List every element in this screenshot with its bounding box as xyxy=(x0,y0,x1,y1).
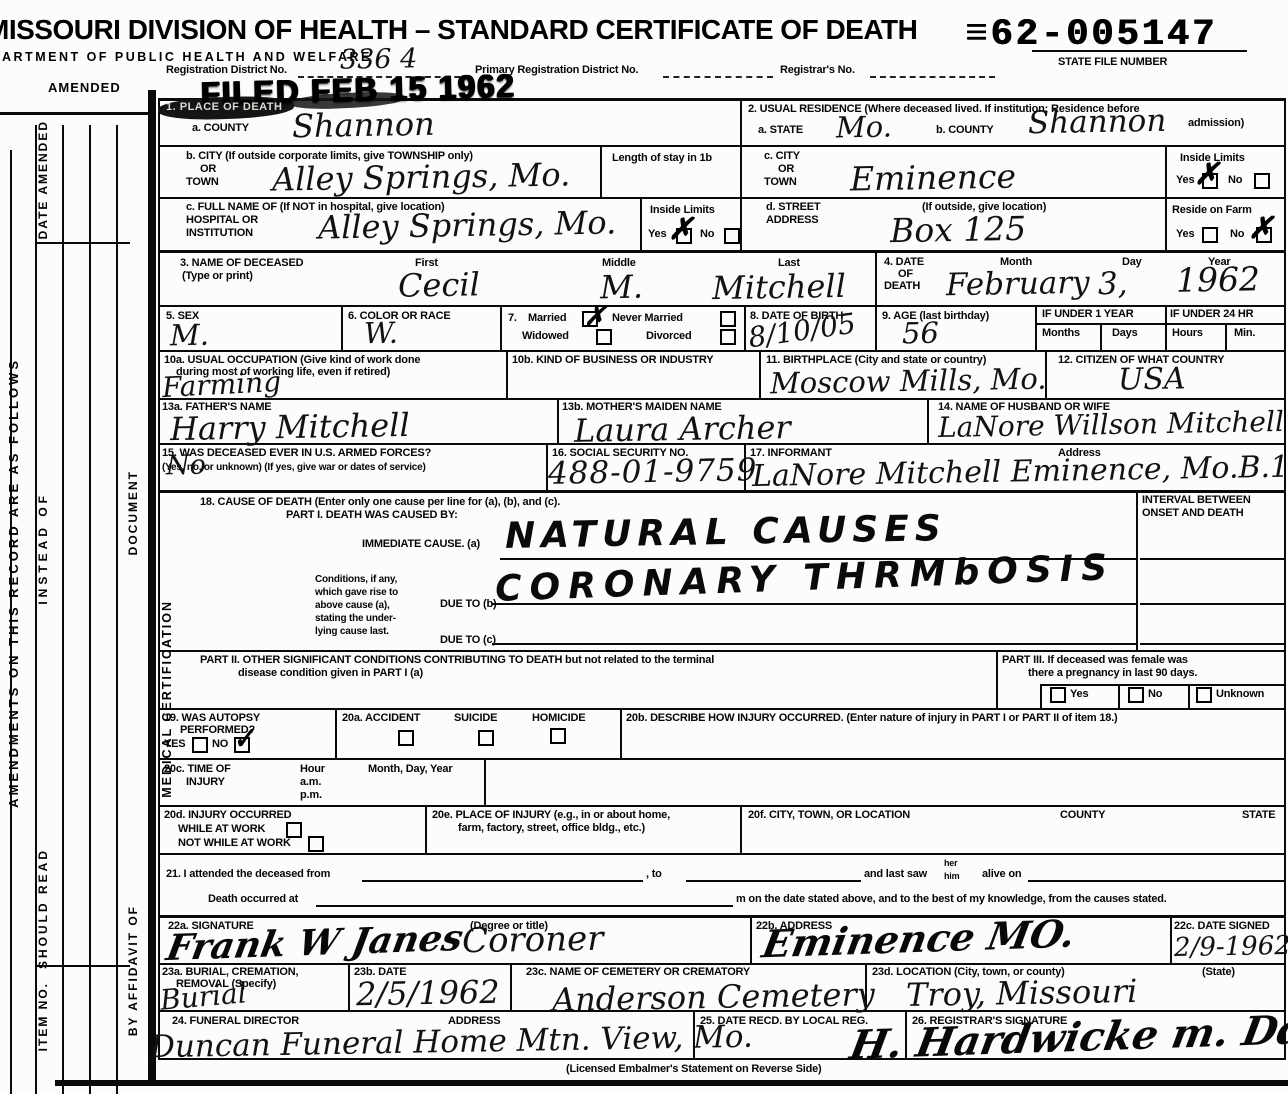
hospital-label-2: HOSPITAL OR xyxy=(186,214,258,227)
part3-label-1: PART III. If deceased was female was xyxy=(1002,654,1188,667)
attended-text-3: and last saw xyxy=(864,868,927,881)
inside-limits-no-checkbox xyxy=(724,228,740,244)
city-town-label: TOWN xyxy=(186,176,219,189)
never-married-checkbox xyxy=(720,311,736,327)
grid-line xyxy=(740,98,742,250)
death-certificate: MISSOURI DIVISION OF HEALTH – STANDARD C… xyxy=(0,0,1288,1094)
residence-county-value: Shannon xyxy=(1028,103,1167,141)
date-amended-label: DATE AMENDED xyxy=(36,120,50,239)
grid-line xyxy=(1140,558,1284,560)
residence-city-label: c. CITY xyxy=(764,150,800,163)
residence-town-label: TOWN xyxy=(764,176,797,189)
grid-line xyxy=(1100,323,1102,350)
grid-line xyxy=(1035,305,1037,350)
pregnancy-unknown-label: Unknown xyxy=(1216,688,1264,701)
grid-line xyxy=(1028,880,1284,882)
grid-line xyxy=(1118,684,1120,708)
signature-title-value: Coroner xyxy=(462,919,604,961)
immediate-cause-value: NATURAL CAUSES xyxy=(505,508,947,557)
residence-county-label: b. COUNTY xyxy=(936,124,993,137)
grid-line xyxy=(1040,684,1286,686)
hospital-label-3: INSTITUTION xyxy=(186,227,253,240)
if-under-1-year-label: IF UNDER 1 YEAR xyxy=(1042,308,1134,321)
grid-line xyxy=(1140,603,1284,605)
immediate-cause-label: IMMEDIATE CAUSE. (a) xyxy=(362,538,480,551)
pregnancy-no-checkbox xyxy=(1128,687,1144,703)
attended-text-2: , to xyxy=(646,868,662,881)
injury-occurred-label: 20d. INJURY OCCURRED xyxy=(164,809,291,822)
grid-line xyxy=(158,650,1286,652)
informant-value: LaNore Mitchell Eminence, Mo.B.125 xyxy=(752,449,1288,494)
due-to-c-label: DUE TO (c) xyxy=(440,634,496,647)
hour-label: Hour xyxy=(300,763,325,776)
conditions-line-3: above cause (a), xyxy=(315,600,390,612)
grid-line xyxy=(875,250,877,350)
grid-line xyxy=(500,305,502,350)
county-value: Shannon xyxy=(292,105,435,145)
street-label-2: ADDRESS xyxy=(766,214,818,227)
signer-address-value: Eminence MO. xyxy=(759,911,1079,967)
autopsy-no-label: NO xyxy=(212,738,228,751)
res-inside-yes-mark: ✗ xyxy=(1194,157,1219,192)
min-header: Min. xyxy=(1234,327,1255,340)
conditions-line-4: stating the under- xyxy=(315,613,396,625)
am-label: a.m. xyxy=(300,776,321,789)
widowed-label: Widowed xyxy=(522,330,569,343)
street-label-1: d. STREET xyxy=(766,201,820,214)
cemetery-value: Anderson Cemetery xyxy=(552,975,875,1019)
dashed-line xyxy=(663,74,773,78)
grid-line xyxy=(158,915,1286,918)
county-label: a. COUNTY xyxy=(192,122,249,135)
grid-line xyxy=(158,250,1286,253)
state-file-number-label: STATE FILE NUMBER xyxy=(1058,56,1167,69)
grid-line xyxy=(1188,684,1190,708)
while-at-work-checkbox xyxy=(286,822,302,838)
mothers-maiden-value: Laura Archer xyxy=(574,408,791,450)
grid-line xyxy=(158,398,1286,400)
inside-limits-yes-label: Yes xyxy=(648,228,666,241)
burial-state-label: (State) xyxy=(1202,966,1235,979)
pregnancy-no-label: No xyxy=(1148,688,1162,701)
interval-label-1: INTERVAL BETWEEN xyxy=(1142,494,1251,507)
while-at-work-label: WHILE AT WORK xyxy=(178,823,265,836)
conditions-line-2: which gave rise to xyxy=(315,587,398,599)
sex-value: M. xyxy=(170,318,210,353)
death-occurred-label: Death occurred at xyxy=(208,893,298,906)
autopsy-yes-label: YES xyxy=(164,738,185,751)
place-of-injury-label-1: 20e. PLACE OF INJURY (e.g., in or about … xyxy=(432,809,670,822)
grid-line xyxy=(89,125,91,1094)
describe-injury-label: 20b. DESCRIBE HOW INJURY OCCURRED. (Ente… xyxy=(626,712,1118,725)
grid-line xyxy=(425,805,427,853)
grid-line xyxy=(158,708,1286,710)
conditions-line-1: Conditions, if any, xyxy=(315,574,397,586)
grid-line xyxy=(492,643,1136,645)
burial-location-value: Troy, Missouri xyxy=(906,972,1138,1014)
grid-line xyxy=(316,905,733,907)
armed-forces-value: No xyxy=(166,450,206,482)
grid-line xyxy=(158,805,1286,807)
page-title: MISSOURI DIVISION OF HEALTH – STANDARD C… xyxy=(0,14,917,46)
street-value: Box 125 xyxy=(890,209,1027,250)
age-value: 56 xyxy=(902,316,939,351)
grid-line xyxy=(158,490,1286,493)
grid-line xyxy=(1170,915,1172,963)
amended-label: AMENDED xyxy=(48,80,121,96)
grid-line xyxy=(158,98,160,1058)
death-day-value: 3, xyxy=(1098,266,1128,303)
alive-on-label: alive on xyxy=(982,868,1021,881)
grid-line xyxy=(640,197,642,250)
months-header: Months xyxy=(1042,327,1080,340)
part1-label: PART I. DEATH WAS CAUSED BY: xyxy=(286,509,458,522)
first-name-value: Cecil xyxy=(398,265,480,304)
injury-county-header: COUNTY xyxy=(1060,809,1105,822)
married-label: Married xyxy=(528,312,566,325)
conditions-line-5: lying cause last. xyxy=(315,626,389,638)
grid-line xyxy=(348,963,350,1010)
time-of-injury-label-2: INJURY xyxy=(186,776,225,789)
grid-line xyxy=(620,708,622,758)
married-mark: ✗ xyxy=(584,302,606,332)
due-to-b-label: DUE TO (b) xyxy=(440,598,496,611)
citizen-value: USA xyxy=(1118,361,1186,397)
res-inside-yes-label: Yes xyxy=(1176,174,1194,187)
grid-line xyxy=(484,758,486,805)
fathers-name-value: Harry Mitchell xyxy=(170,406,410,448)
embalmer-note: (Licensed Embalmer's Statement on Revers… xyxy=(566,1063,821,1076)
grid-line xyxy=(557,398,559,443)
residence-city-value: Eminence xyxy=(850,157,1017,199)
pregnancy-yes-checkbox xyxy=(1050,687,1066,703)
grid-line xyxy=(1165,305,1167,350)
death-month-value: February xyxy=(946,265,1090,304)
should-read-label: SHOULD READ xyxy=(36,848,50,969)
farm-no-label: No xyxy=(1230,228,1244,241)
not-while-at-work-checkbox xyxy=(308,836,324,852)
autopsy-yes-checkbox xyxy=(192,737,208,753)
grid-line xyxy=(506,350,508,398)
divorced-checkbox xyxy=(720,329,736,345)
res-inside-no-label: No xyxy=(1228,174,1242,187)
suicide-checkbox xyxy=(478,730,494,746)
grid-line xyxy=(341,305,343,350)
death-year-value: 1962 xyxy=(1176,259,1261,299)
occupation-value: Farming xyxy=(161,365,282,404)
residence-state-value: Mo. xyxy=(836,110,892,145)
type-or-print-label: (Type or print) xyxy=(182,270,253,283)
farm-no-mark: ✗ xyxy=(1248,211,1273,246)
causes-stated-label: m on the date stated above, and to the b… xyxy=(736,893,1167,906)
grid-line xyxy=(158,145,1286,147)
grid-line xyxy=(750,915,752,963)
grid-line xyxy=(759,350,761,398)
instead-of-label: INSTEAD OF xyxy=(36,492,50,605)
name-of-deceased-label: 3. NAME OF DECEASED xyxy=(180,257,303,270)
pregnancy-unknown-checkbox xyxy=(1196,687,1212,703)
hours-header: Hours xyxy=(1172,327,1203,340)
never-married-label: Never Married xyxy=(612,312,683,325)
grid-line xyxy=(55,1080,1288,1086)
grid-line xyxy=(116,125,118,1094)
inside-limits-no-label: No xyxy=(700,228,714,241)
grid-line xyxy=(1165,145,1167,250)
grid-line xyxy=(158,350,1286,352)
hospital-value: Alley Springs, Mo. xyxy=(318,203,617,246)
grid-line xyxy=(740,805,742,853)
by-affidavit-label: BY AFFIDAVIT OF xyxy=(126,905,140,1036)
color-race-value: W. xyxy=(364,316,399,351)
him-label: him xyxy=(944,871,959,882)
usual-residence-title-2: admission) xyxy=(1188,117,1244,130)
city-value: Alley Springs, Mo. xyxy=(272,155,571,198)
husband-wife-value: LaNore Willson Mitchell xyxy=(938,405,1284,444)
item-no-label: ITEM NO. xyxy=(36,982,50,1051)
accident-checkbox xyxy=(398,730,414,746)
pm-label: p.m. xyxy=(300,789,322,802)
last-name-value: Mitchell xyxy=(712,267,846,307)
due-to-b-value: CORONARY THRMbOSIS xyxy=(494,547,1115,610)
grid-line xyxy=(927,398,929,443)
grid-line xyxy=(996,650,998,708)
place-of-injury-label-2: farm, factory, street, office bldg., etc… xyxy=(458,822,645,835)
dashed-line xyxy=(870,74,995,78)
month-day-year-label: Month, Day, Year xyxy=(368,763,452,776)
grid-line xyxy=(510,963,512,1010)
burial-date-value: 2/5/1962 xyxy=(356,973,500,1014)
cause-of-death-label: 18. CAUSE OF DEATH (Enter only one cause… xyxy=(200,496,560,509)
residence-state-label: a. STATE xyxy=(758,124,803,137)
grid-line xyxy=(1140,643,1284,645)
grid-line xyxy=(158,758,1286,760)
grid-line xyxy=(335,708,337,758)
res-inside-no-checkbox xyxy=(1254,173,1270,189)
farm-yes-label: Yes xyxy=(1176,228,1194,241)
autopsy-no-mark: ✓ xyxy=(230,721,258,757)
grid-line xyxy=(600,145,602,197)
inside-limits-yes-mark: ✗ xyxy=(668,212,693,247)
date-of-death-label-3: DEATH xyxy=(884,280,920,293)
residence-city-or: OR xyxy=(778,163,794,176)
grid-line xyxy=(1040,684,1042,708)
grid-line xyxy=(1284,98,1286,1058)
department-subtitle: ARTMENT OF PUBLIC HEALTH AND WELFARE xyxy=(2,50,372,64)
grid-line xyxy=(744,305,746,350)
days-header: Days xyxy=(1112,327,1138,340)
place-of-death-title: 1. PLACE OF DEATH xyxy=(166,101,282,113)
grid-line xyxy=(0,112,148,115)
grid-line xyxy=(686,880,861,882)
middle-name-value: M. xyxy=(600,268,644,307)
grid-line xyxy=(62,125,64,1094)
grid-line xyxy=(1225,323,1227,350)
if-under-24-hr-label: IF UNDER 24 HR xyxy=(1170,308,1253,321)
farm-yes-checkbox xyxy=(1202,227,1218,243)
city-or-label: OR xyxy=(200,163,216,176)
registrar-no-label: Registrar's No. xyxy=(780,64,855,77)
interval-label-2: ONSET AND DEATH xyxy=(1142,507,1244,520)
amendments-label: AMENDMENTS ON THIS RECORD ARE AS FOLLOWS xyxy=(6,358,21,808)
reside-on-farm-label: Reside on Farm xyxy=(1172,204,1252,217)
birthplace-value: Moscow Mills, Mo. xyxy=(770,362,1047,401)
marital-num: 7. xyxy=(508,312,517,325)
injury-city-label: 20f. CITY, TOWN, OR LOCATION xyxy=(748,809,910,822)
not-while-at-work-label: NOT WHILE AT WORK xyxy=(178,837,291,850)
grid-line xyxy=(362,880,643,882)
divorced-label: Divorced xyxy=(646,330,691,343)
grid-line xyxy=(158,853,1286,855)
injury-state-header: STATE xyxy=(1242,809,1275,822)
pregnancy-yes-label: Yes xyxy=(1070,688,1088,701)
grid-line xyxy=(148,90,156,1085)
attended-text-1: 21. I attended the deceased from xyxy=(166,868,330,881)
state-file-number: ≡62-005147 xyxy=(965,14,1217,56)
suicide-label: SUICIDE xyxy=(454,712,497,725)
business-industry-label: 10b. KIND OF BUSINESS OR INDUSTRY xyxy=(512,354,713,367)
part2-label-2: disease condition given in PART I (a) xyxy=(238,667,423,680)
her-label: her xyxy=(944,858,957,869)
part2-label-1: PART II. OTHER SIGNIFICANT CONDITIONS CO… xyxy=(200,654,714,667)
part3-label-2: there a pregnancy in last 90 days. xyxy=(1028,667,1197,680)
accident-label: 20a. ACCIDENT xyxy=(342,712,420,725)
grid-line xyxy=(1136,490,1138,650)
document-label: DOCUMENT xyxy=(126,470,140,555)
ssn-value: 488-01-9759 xyxy=(548,452,758,492)
length-of-stay-label: Length of stay in 1b xyxy=(612,152,712,165)
homicide-checkbox xyxy=(550,728,566,744)
grid-line xyxy=(1035,323,1286,325)
homicide-label: HOMICIDE xyxy=(532,712,585,725)
time-of-injury-label-1: 20c. TIME OF xyxy=(164,763,231,776)
date-signed-value: 2/9-1962 xyxy=(1174,931,1288,963)
